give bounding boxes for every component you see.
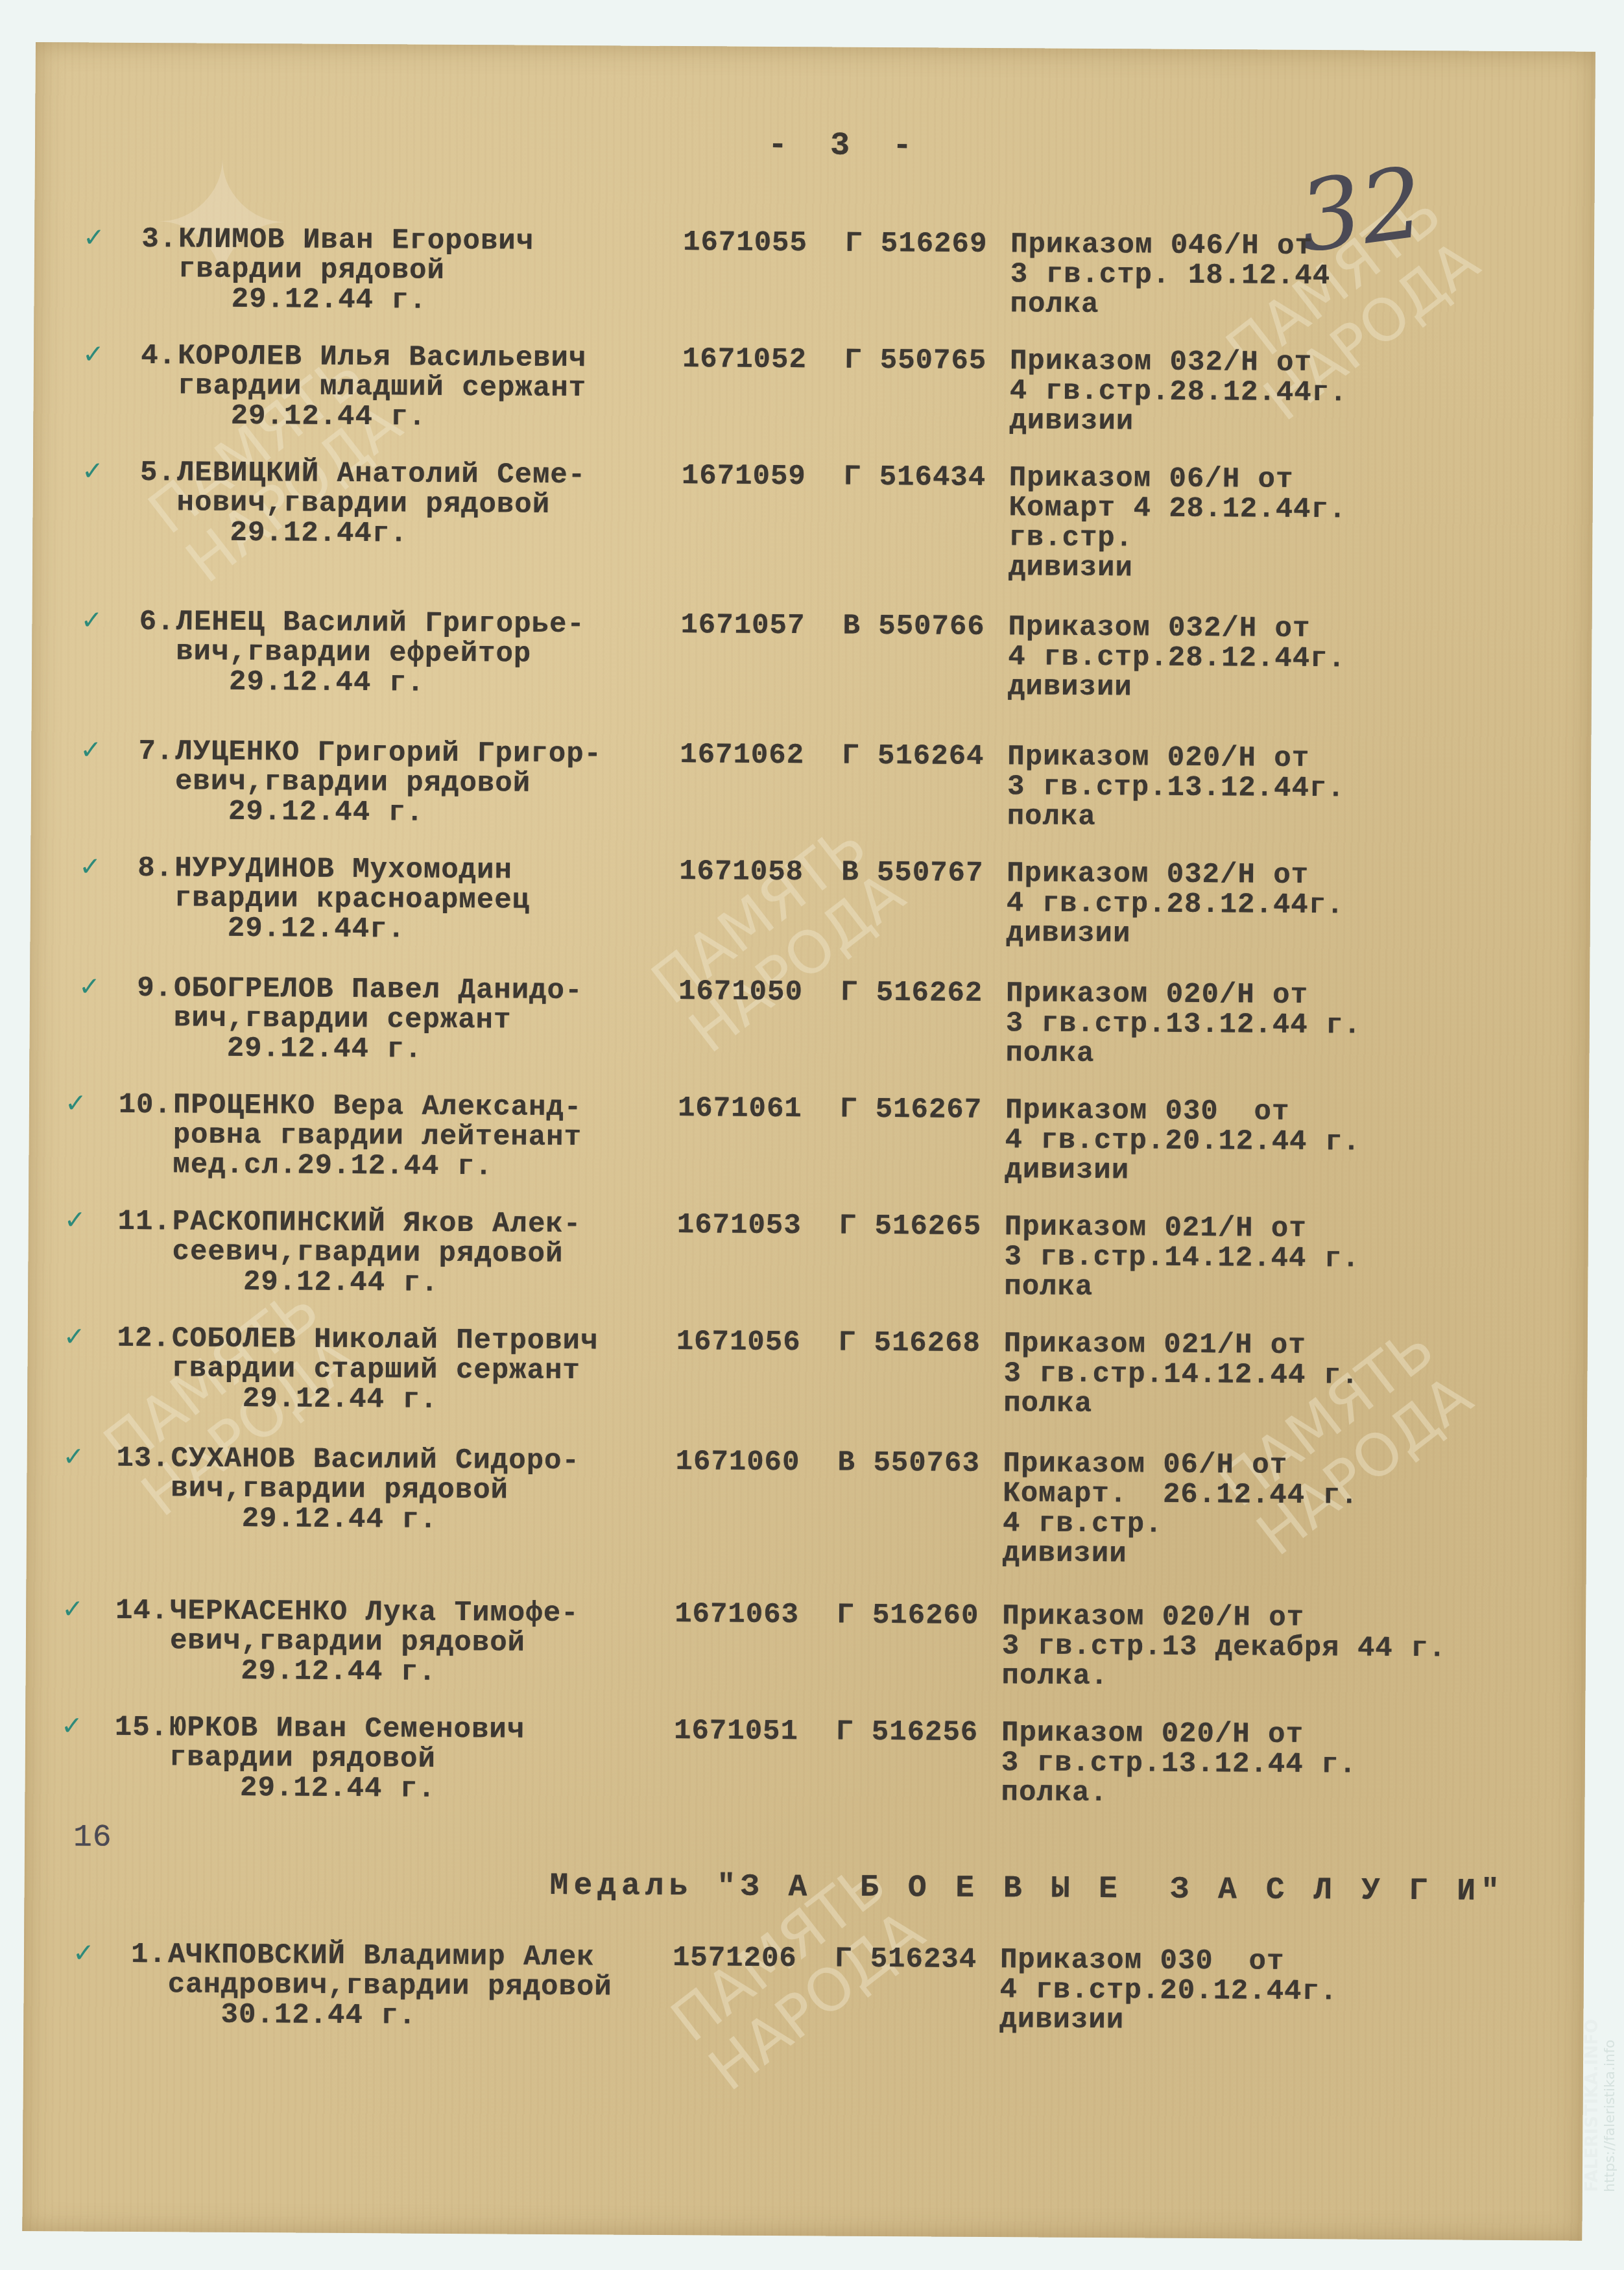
- award-entry: ✓8.НУРУДИНОВ Мухомодин гвардии красноарм…: [30, 853, 1590, 863]
- entry-number: 15.: [97, 1713, 168, 1743]
- check-mark-icon: ✓: [83, 222, 105, 252]
- certificate-number: Г 516434: [844, 462, 986, 493]
- medal-serial: 1671062: [680, 740, 804, 771]
- award-entry: ✓13.СУХАНОВ Василий Сидоро- вич,гвардии …: [27, 1443, 1587, 1453]
- certificate-number: Г 516265: [839, 1212, 982, 1242]
- medal-serial: 1671059: [682, 461, 806, 492]
- site-url: https://faleristika.info: [1602, 2040, 1618, 2192]
- certificate-number: Г 516264: [842, 741, 985, 772]
- medal-serial: 1671058: [679, 857, 804, 887]
- entry-number: 9.: [101, 974, 173, 1004]
- certificate-number: Г 516267: [840, 1095, 983, 1125]
- medal-serial: 1671061: [678, 1093, 802, 1124]
- section-award-list: ✓1.АЧКПОВСКИЙ Владимир Алек сандрович,гв…: [36, 42, 1595, 52]
- certificate-number: Г 516268: [839, 1328, 981, 1359]
- entry-number: 4.: [105, 341, 176, 372]
- award-entry: ✓14.ЧЕРКАСЕНКО Лука Тимофе- евич,гвардии…: [26, 1595, 1586, 1605]
- order-reference: Приказом 032/Н от 4 гв.стр.28.12.44г. ди…: [1006, 859, 1344, 950]
- entry-number: 8.: [102, 854, 173, 884]
- section-title: Медаль "З А Б О Е В Ы Е З А С Л У Г И": [550, 1871, 1505, 1907]
- entry-number: 12.: [99, 1324, 171, 1354]
- check-mark-icon: ✓: [61, 1711, 83, 1741]
- award-entry: ✓15.ЮРКОВ Иван Семенович гвардии рядовой…: [25, 1712, 1585, 1722]
- medal-serial: 1571206: [673, 1943, 797, 1974]
- check-mark-icon: ✓: [64, 1322, 86, 1352]
- recipient-name: ЮРКОВ Иван Семенович гвардии рядовой 29.…: [169, 1713, 525, 1804]
- entry-number: 3.: [106, 224, 177, 255]
- check-mark-icon: ✓: [79, 852, 101, 881]
- order-reference: Приказом 030 от 4 гв.стр.20.12.44 г. див…: [1005, 1095, 1361, 1187]
- order-reference: Приказом 046/Н от 3 гв.стр. 18.12.44 пол…: [1010, 230, 1330, 321]
- certificate-number: Г 516256: [836, 1717, 979, 1748]
- entry-number: 6.: [103, 607, 174, 638]
- order-reference: Приказом 06/Н от Комарт. 26.12.44 г. 4 г…: [1003, 1449, 1359, 1570]
- medal-serial: 1671060: [676, 1447, 800, 1477]
- medal-serial: 1671051: [674, 1716, 798, 1747]
- certificate-number: Г 550765: [844, 346, 987, 376]
- recipient-name: НУРУДИНОВ Мухомодин гвардии красноармеец…: [174, 854, 531, 945]
- check-mark-icon: ✓: [62, 1594, 84, 1624]
- certificate-number: В 550766: [842, 612, 985, 642]
- medal-serial: 1671052: [682, 344, 807, 375]
- order-reference: Приказом 06/Н от Комарт 4 28.12.44г. гв.…: [1009, 463, 1347, 584]
- recipient-name: КЛИМОВ Иван Егорович гвардии рядовой 29.…: [178, 224, 534, 316]
- recipient-name: КОРОЛЕВ Илья Васильевич гвардии младший …: [177, 341, 586, 433]
- order-reference: Приказом 020/Н от 3 гв.стр.13 декабря 44…: [1001, 1601, 1446, 1693]
- check-mark-icon: ✓: [80, 605, 102, 635]
- recipient-name: ЛУЦЕНКО Григорий Григор- евич,гвардии ря…: [175, 737, 603, 829]
- order-reference: Приказом 021/Н от 3 гв.стр.14.12.44 г. п…: [1003, 1329, 1359, 1420]
- recipient-name: ЛЕНЕЦ Василий Григорье- вич,гвардии ефре…: [176, 607, 585, 699]
- order-reference: Приказом 020/Н от 3 гв.стр.13.12.44 г. п…: [1005, 979, 1361, 1070]
- certificate-number: В 550763: [838, 1448, 981, 1479]
- order-reference: Приказом 032/Н от 4 гв.стр.28.12.44г. ди…: [1008, 612, 1346, 704]
- medal-serial: 1671055: [683, 228, 807, 258]
- watermark: ПАМЯТЬ НАРОДА: [641, 813, 915, 1064]
- recipient-name: СОБОЛЕВ Николай Петрович гвардии старший…: [171, 1324, 599, 1416]
- document-sheet: ✦ ПАМЯТЬ НАРОДА ПАМЯТЬ НАРОДА ПАМЯТЬ НАР…: [22, 42, 1595, 2241]
- site-watermark: FALERISTIKA.INFO: [1582, 2019, 1602, 2192]
- award-entry: ✓10.ПРОЦЕНКО Вера Александ- ровна гварди…: [29, 1090, 1589, 1099]
- recipient-name: ПРОЦЕНКО Вера Александ- ровна гвардии ле…: [173, 1090, 582, 1182]
- certificate-number: Г 516262: [841, 978, 983, 1009]
- award-entry: ✓4.КОРОЛЕВ Илья Васильевич гвардии младш…: [34, 340, 1594, 350]
- margin-count: 16: [73, 1822, 112, 1852]
- recipient-name: РАСКОПИНСКИЙ Яков Алек- сеевич,гвардии р…: [172, 1207, 581, 1299]
- check-mark-icon: ✓: [82, 456, 104, 486]
- recipient-name: ОБОГРЕЛОВ Павел Данидо- вич,гвардии серж…: [173, 974, 582, 1066]
- medal-serial: 1671053: [677, 1210, 802, 1241]
- award-entry: ✓11.РАСКОПИНСКИЙ Яков Алек- сеевич,гвард…: [29, 1206, 1588, 1216]
- entry-number: 1.: [95, 1940, 167, 1970]
- order-reference: Приказом 020/Н от 3 гв.стр.13.12.44 г. п…: [1001, 1718, 1357, 1810]
- entry-number: 13.: [99, 1444, 170, 1474]
- certificate-number: Г 516260: [837, 1601, 979, 1631]
- entry-number: 5.: [104, 458, 176, 488]
- order-reference: Приказом 032/Н от 4 гв.стр.28.12.44г. ди…: [1009, 346, 1348, 438]
- award-list: ✓3.КЛИМОВ Иван Егорович гвардии рядовой …: [36, 42, 1595, 52]
- entry-number: 14.: [97, 1596, 169, 1627]
- order-reference: Приказом 021/Н от 3 гв.стр.14.12.44 г. п…: [1004, 1212, 1360, 1304]
- page-number: - 3 -: [768, 131, 924, 161]
- award-entry: ✓6.ЛЕНЕЦ Василий Григорье- вич,гвардии е…: [32, 606, 1592, 616]
- check-mark-icon: ✓: [78, 972, 101, 1001]
- check-mark-icon: ✓: [80, 735, 102, 765]
- award-entry: ✓7.ЛУЦЕНКО Григорий Григор- евич,гвардии…: [31, 736, 1591, 746]
- entry-number: 11.: [100, 1207, 171, 1237]
- check-mark-icon: ✓: [64, 1205, 86, 1235]
- entry-number: 7.: [102, 737, 174, 767]
- award-entry: ✓12.СОБОЛЕВ Николай Петрович гвардии ста…: [28, 1323, 1588, 1333]
- entry-number: 10.: [101, 1090, 172, 1121]
- award-entry: ✓9.ОБОГРЕЛОВ Павел Данидо- вич,гвардии с…: [30, 973, 1590, 983]
- check-mark-icon: ✓: [65, 1088, 87, 1118]
- recipient-name: ЛЕВИЦКИЙ Анатолий Семе- нович,гвардии ря…: [176, 458, 586, 550]
- check-mark-icon: ✓: [82, 339, 104, 369]
- award-entry: ✓5.ЛЕВИЦКИЙ Анатолий Семе- нович,гвардии…: [33, 457, 1593, 467]
- medal-serial: 1671050: [678, 977, 803, 1007]
- recipient-name: СУХАНОВ Василий Сидоро- вич,гвардии рядо…: [171, 1444, 580, 1536]
- recipient-name: ЧЕРКАСЕНКО Лука Тимофе- евич,гвардии ряд…: [170, 1596, 579, 1688]
- award-entry: ✓1.АЧКПОВСКИЙ Владимир Алек сандрович,гв…: [24, 1939, 1584, 1949]
- certificate-number: Г 516234: [835, 1944, 977, 1975]
- recipient-name: АЧКПОВСКИЙ Владимир Алек сандрович,гвард…: [167, 1940, 612, 2032]
- certificate-number: В 550767: [841, 858, 984, 889]
- medal-serial: 1671063: [675, 1599, 799, 1630]
- check-mark-icon: ✓: [73, 1938, 95, 1968]
- order-reference: Приказом 020/Н от 3 гв.стр.13.12.44г. по…: [1007, 742, 1346, 833]
- medal-serial: 1671056: [676, 1327, 801, 1357]
- order-reference: Приказом 030 от 4 гв.стр.20.12.44г. диви…: [999, 1945, 1338, 2037]
- check-mark-icon: ✓: [63, 1442, 85, 1472]
- certificate-number: Г 516269: [845, 229, 988, 259]
- medal-serial: 1671057: [680, 610, 805, 641]
